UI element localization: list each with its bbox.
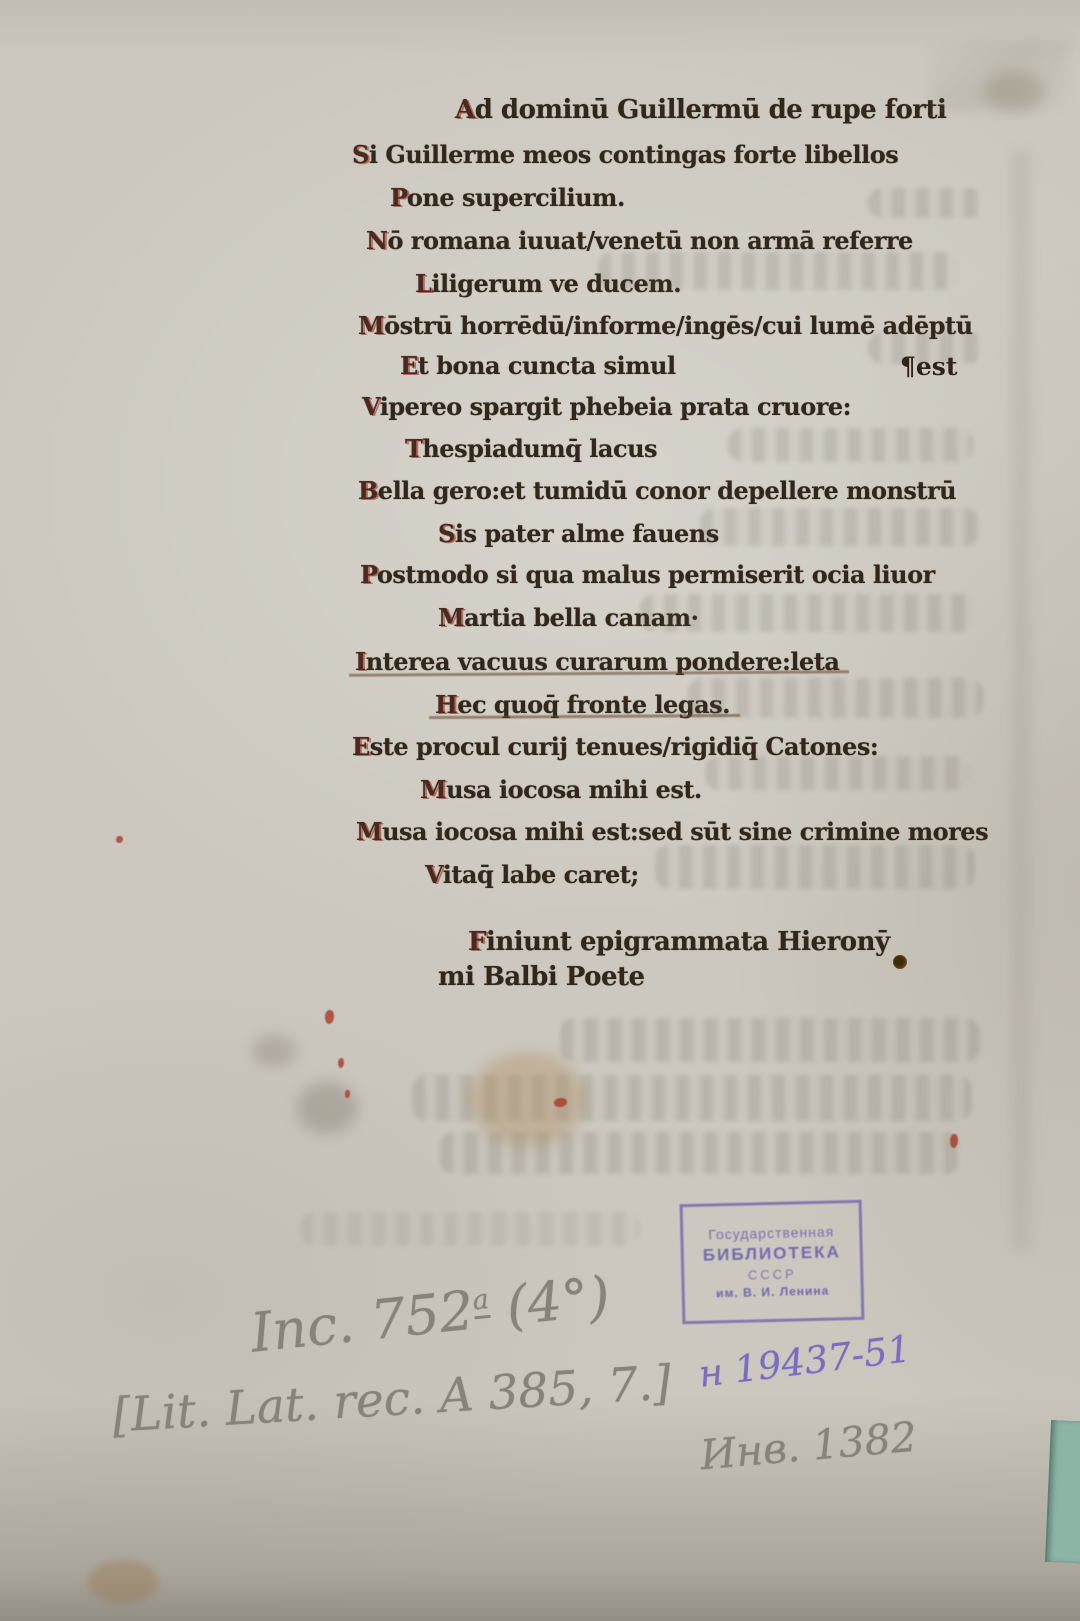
bleedthrough-smudge (300, 1212, 640, 1246)
line-text: hespiadumq̄ lacus (422, 434, 657, 463)
rubricated-initial: V (362, 392, 380, 421)
line-text: itaq̄ labe caret; (443, 860, 639, 889)
poem-line: Thespiadumq̄ lacus (405, 434, 657, 463)
paper-crease (1008, 150, 1034, 1250)
line-text: nterea vacuus curarum pondere:leta (366, 647, 840, 676)
shelfmark-superscript: a (471, 1284, 491, 1319)
rubricated-initial: P (390, 183, 407, 212)
paper-crease (930, 40, 1070, 110)
bleedthrough-smudge (560, 1018, 980, 1062)
bleedthrough-smudge (728, 428, 973, 462)
line-text: t bona cuncta simul (418, 351, 676, 380)
poem-line: Pone supercilium. (390, 183, 625, 212)
rubricated-initial: P (360, 560, 377, 589)
bleedthrough-smudge (705, 756, 970, 790)
poem-line: Postmodo si qua malus permiserit ocia li… (360, 560, 935, 589)
line-text: ostmodo si qua malus permiserit ocia liu… (377, 560, 935, 589)
rubricated-initial: I (355, 647, 366, 676)
poem-title-line: Ad dominū Guillermū de rupe forti (455, 95, 946, 125)
line-text: ipereo spargit phebeia prata cruore: (380, 392, 851, 421)
poem-line: Sis pater alme fauens (438, 519, 719, 548)
poem-line: Vitaq̄ labe caret; (425, 860, 639, 889)
rubricated-initial: V (425, 860, 443, 889)
rubricated-initial: E (400, 351, 418, 380)
bleedthrough-smudge (700, 508, 980, 546)
line-text: iniunt epigrammata Hieronȳ (486, 927, 890, 957)
stamp-line: БИБЛИОТЕКА (684, 1242, 860, 1266)
rubricated-initial: F (468, 927, 486, 957)
rubricated-initial: H (435, 690, 457, 719)
bleedthrough-smudge (688, 678, 983, 718)
shelfmark-prefix: Inc. 752 (248, 1279, 477, 1365)
shelfmark-annotation: Inc. 752a (4°) (248, 1264, 613, 1364)
bleedthrough-smudge (640, 594, 975, 632)
rubricated-initial: T (405, 434, 422, 463)
ink-speck (325, 1010, 334, 1024)
rubricated-initial: M (420, 775, 446, 804)
rubricated-initial: N (366, 226, 387, 255)
rubricated-initial: M (358, 311, 384, 340)
stamp-line: СССР (684, 1265, 860, 1284)
line-text: ella gero:et tumidū conor depellere mons… (378, 476, 956, 505)
shelfmark-format: (4°) (503, 1264, 613, 1337)
ink-speck (338, 1058, 344, 1068)
rubricated-initial: M (438, 603, 464, 632)
line-text: usa iocosa mihi est. (446, 775, 702, 804)
poem-line-underlined: Interea vacuus curarum pondere:leta (355, 647, 839, 676)
stamp-line: Государственная (683, 1223, 859, 1243)
rubricated-initial: L (415, 269, 431, 298)
poem-line: Bella gero:et tumidū conor depellere mon… (358, 476, 956, 505)
inventory-number-annotation: Инв. 1382 (698, 1413, 918, 1480)
stain (88, 1560, 158, 1604)
colophon-line: Finiunt epigrammata Hieronȳ (468, 927, 890, 957)
bleedthrough-smudge (598, 252, 958, 290)
line-text: usa iocosa mihi est:sed sūt sine crimine… (382, 817, 988, 846)
bookmark-strip (1045, 1420, 1080, 1564)
wormhole (893, 955, 907, 969)
poem-line: Vipereo spargit phebeia prata cruore: (362, 392, 851, 421)
poem-line-underlined: Hec quoq̄ fronte legas. (435, 690, 730, 719)
rubricated-initial: S (352, 140, 369, 169)
ink-speck (116, 836, 123, 843)
stain (470, 1052, 585, 1147)
library-stamp: Государственная БИБЛИОТЕКА СССР им. В. И… (680, 1200, 865, 1324)
line-text: one supercilium. (407, 183, 625, 212)
rubricated-initial: A (455, 95, 475, 125)
bleedthrough-smudge (655, 845, 975, 889)
bleedthrough-smudge (868, 332, 983, 364)
line-text: mi Balbi Poete (438, 962, 645, 992)
bleedthrough-smudge (868, 188, 983, 218)
line-text: is pater alme fauens (455, 519, 719, 548)
accession-number-annotation: н 19437-51 (696, 1327, 913, 1396)
rubricated-initial: B (358, 476, 378, 505)
poem-line: Musa iocosa mihi est. (420, 775, 702, 804)
literature-reference-annotation: [Lit. Lat. rec. A 385, 7.] (111, 1355, 673, 1443)
stamp-line: им. В. И. Ленина (685, 1283, 861, 1301)
poem-line: Nō romana iuuat/venetū non armā referre (366, 226, 913, 255)
poem-line: Et bona cuncta simul (400, 351, 676, 380)
rubricated-initial: M (356, 817, 382, 846)
stain (252, 1035, 296, 1067)
rubricated-initial: S (438, 519, 455, 548)
colophon-line: mi Balbi Poete (438, 962, 645, 992)
line-text: i Guillerme meos contingas forte libello… (369, 140, 898, 169)
line-text: d dominū Guillermū de rupe forti (475, 95, 947, 125)
incunabulum-page-photo: Ad dominū Guillermū de rupe forti Si Gui… (0, 0, 1080, 1621)
rubricated-initial: E (352, 732, 370, 761)
poem-line: Si Guillerme meos contingas forte libell… (352, 140, 898, 169)
poem-line: Musa iocosa mihi est:sed sūt sine crimin… (356, 817, 988, 846)
line-text: ō romana iuuat/venetū non armā referre (387, 226, 912, 255)
